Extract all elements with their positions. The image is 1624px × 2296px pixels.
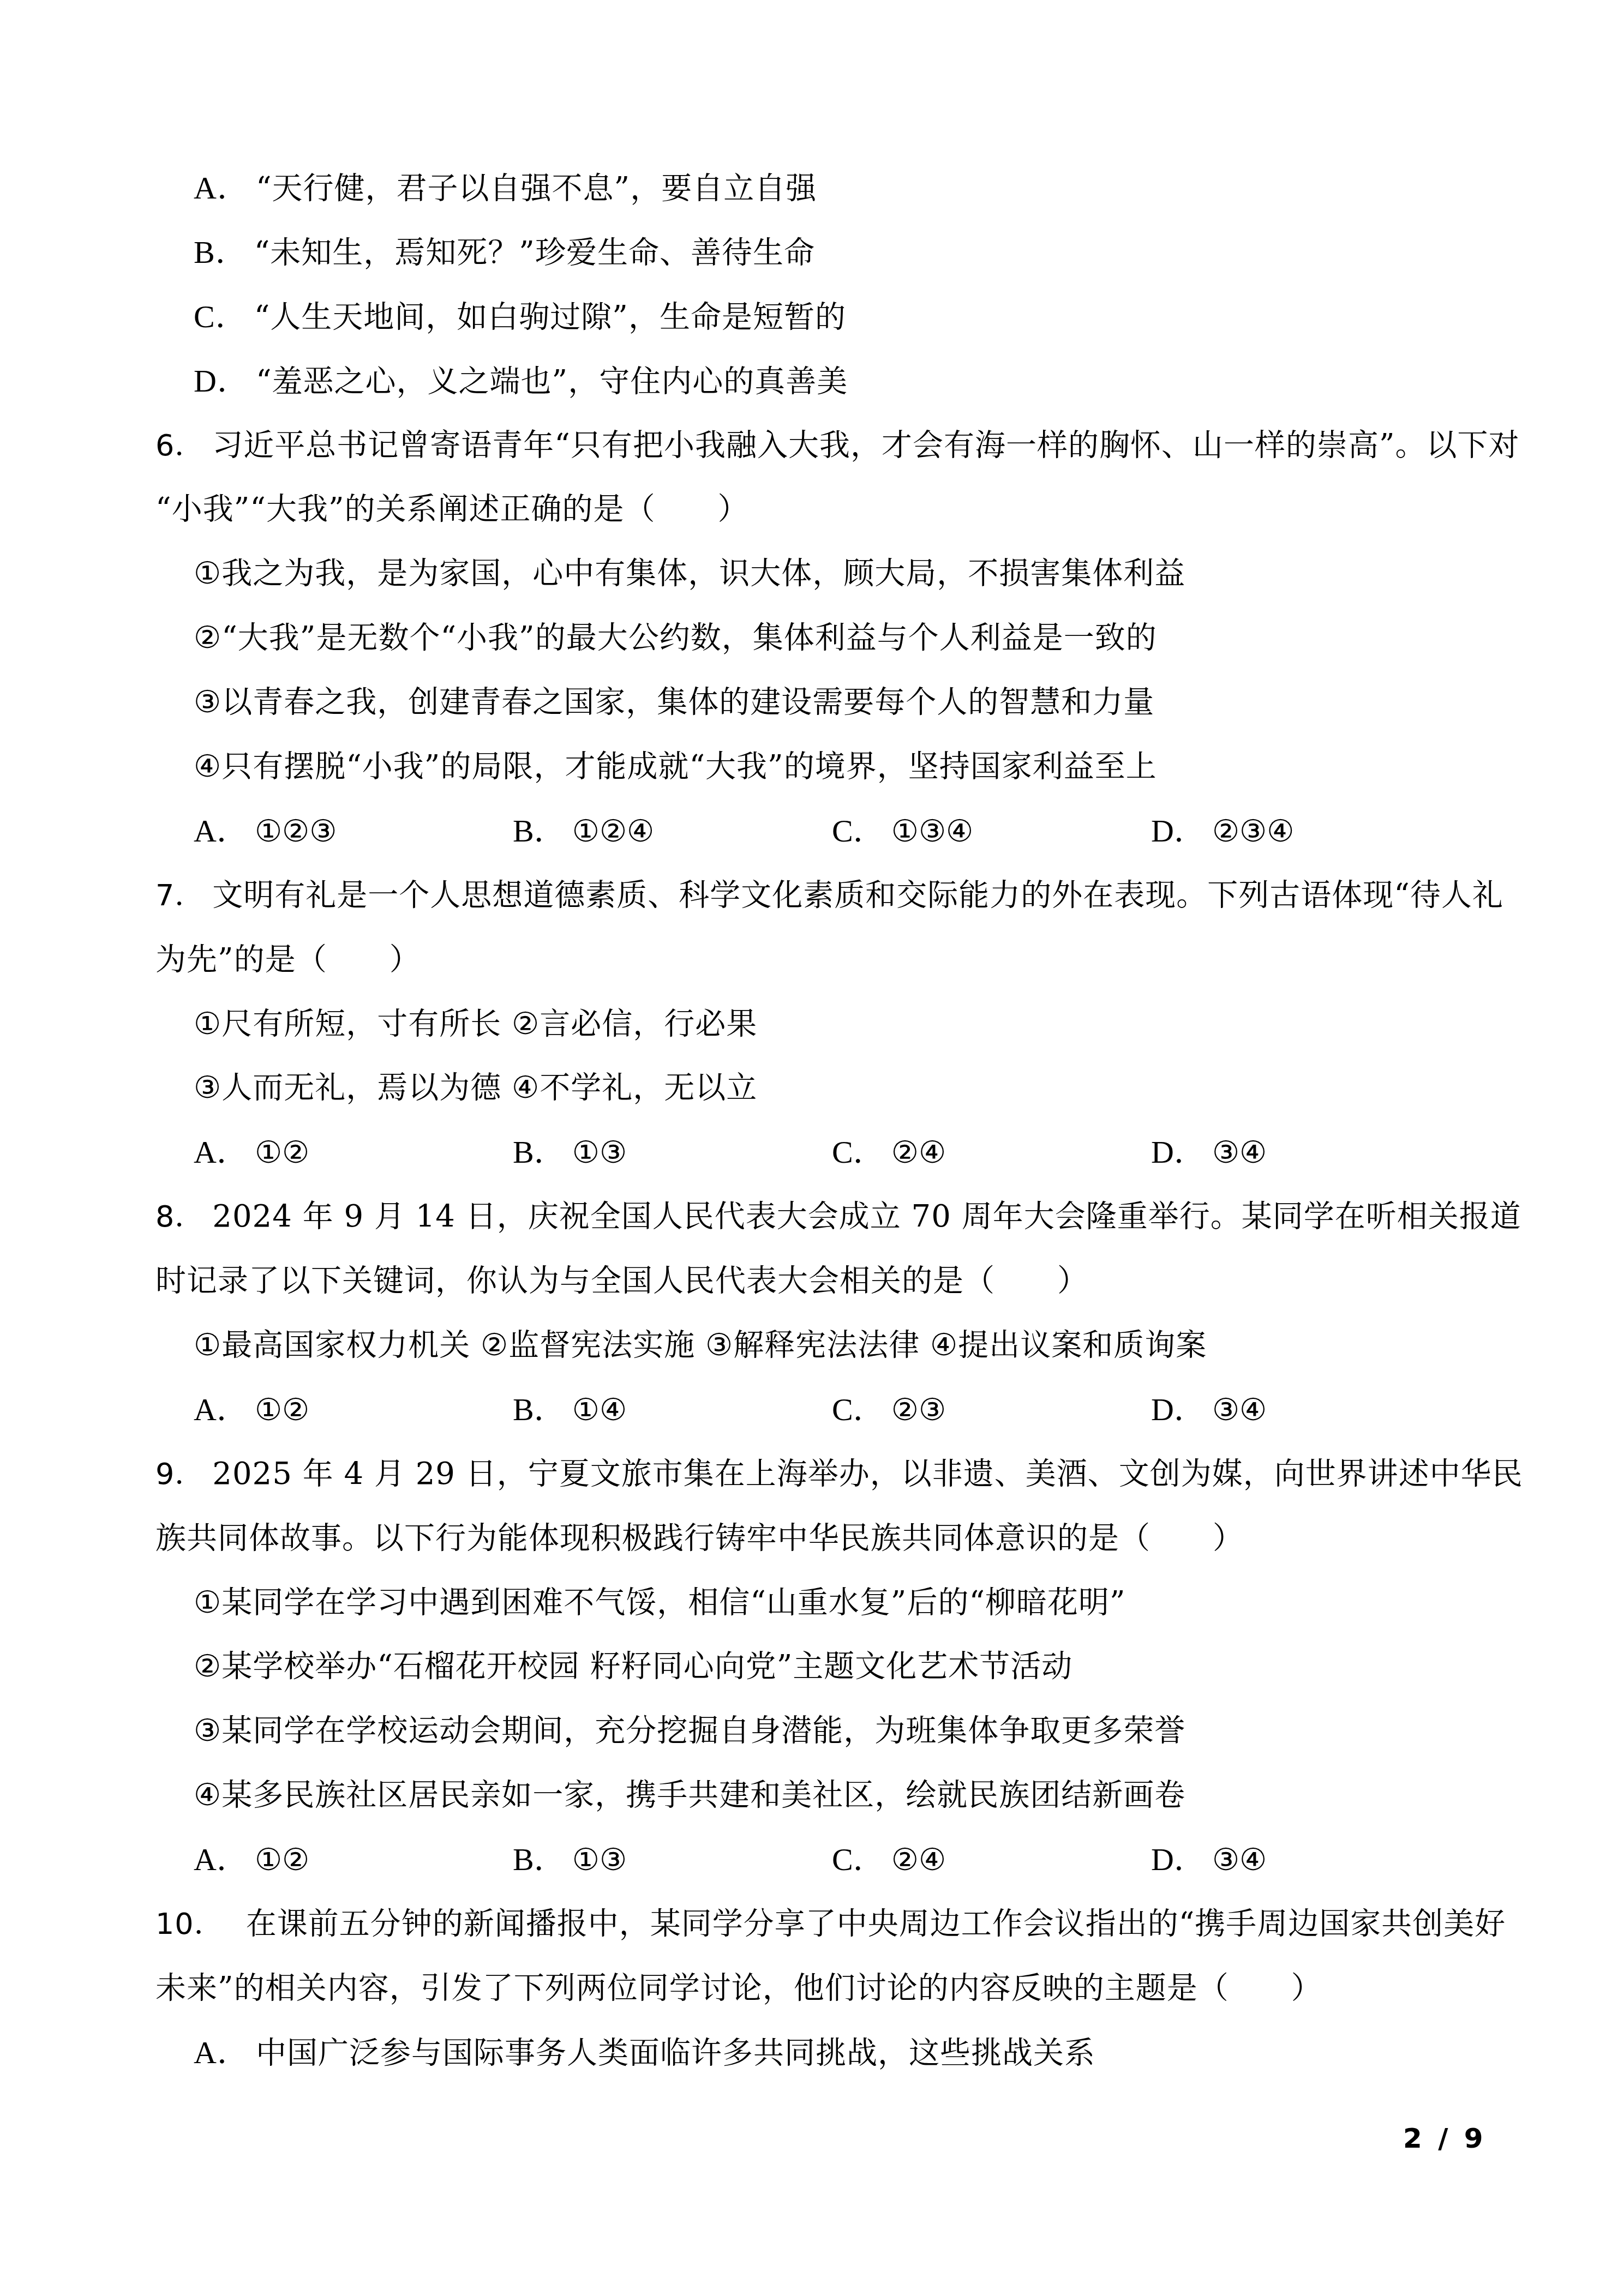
item-text: 言必信，行必果 (540, 1006, 757, 1042)
q9-stem-line-2: 族共同体故事。以下行为能体现积极践行铸牢中华民族共同体意识的是（ ） (155, 1506, 1476, 1571)
page-number: 2 / 9 (1403, 2123, 1487, 2154)
q5-option-a: A．“天行健，君子以自强不息”，要自立自强 (155, 156, 1476, 220)
q8-choices: A．①② B．①④ C．②③ D．③④ (155, 1378, 1476, 1442)
item-text: 不学礼，无以立 (540, 1070, 757, 1105)
question-stem: “小我”“大我”的关系阐述正确的是（ ） (155, 491, 749, 527)
choice-value: ①② (255, 1135, 309, 1170)
item-text: 提出议案和质询案 (958, 1327, 1207, 1363)
circled-number-1: ① (194, 1006, 221, 1042)
choice-value: ①② (255, 1842, 309, 1878)
q7-stem-line-1: 7．文明有礼是一个人思想道德素质、科学文化素质和交际能力的外在表现。下列古语体现… (155, 863, 1476, 928)
item-text: 某同学在学校运动会期间，充分挖掘自身潜能，为班集体争取更多荣誉 (221, 1713, 1185, 1748)
circled-number-2: ② (194, 1649, 221, 1684)
question-stem: 时记录了以下关键词，你认为与全国人民代表大会相关的是（ ） (155, 1263, 1088, 1299)
question-number: 9． (155, 1457, 205, 1491)
choice-label: A． (194, 1842, 248, 1877)
item-text: 只有摆脱“小我”的局限，才能成就“大我”的境界，坚持国家利益至上 (221, 749, 1157, 784)
q7-stem-line-2: 为先”的是（ ） (155, 928, 1476, 992)
circled-number-1: ① (194, 1585, 221, 1620)
item-text: 监督宪法实施 (508, 1327, 705, 1363)
choice-label: D． (1151, 1842, 1206, 1877)
choice-value: ②③ (891, 1392, 946, 1428)
choice-label: B． (513, 1842, 566, 1877)
option-label: D． (194, 363, 249, 399)
q6-stem-line-2: “小我”“大我”的关系阐述正确的是（ ） (155, 477, 1476, 542)
q7-choice-a: A．①② (194, 1120, 513, 1185)
option-text: “羞恶之心，义之端也”，守住内心的真善美 (256, 364, 848, 399)
choice-value: ①② (255, 1392, 309, 1428)
document-page: A．“天行健，君子以自强不息”，要自立自强 B．“未知生，焉知死？”珍爱生命、善… (0, 0, 1624, 2296)
q7-choice-b: B．①③ (513, 1120, 832, 1185)
q9-item-3: ③某同学在学校运动会期间，充分挖掘自身潜能，为班集体争取更多荣誉 (155, 1699, 1476, 1763)
q8-stem-line-2: 时记录了以下关键词，你认为与全国人民代表大会相关的是（ ） (155, 1249, 1476, 1313)
q6-choice-d: D．②③④ (1151, 799, 1470, 863)
q8-items-line: ①最高国家权力机关 ②监督宪法实施 ③解释宪法法律 ④提出议案和质询案 (155, 1313, 1476, 1378)
q9-item-4: ④某多民族社区居民亲如一家，携手共建和美社区，绘就民族团结新画卷 (155, 1763, 1476, 1828)
q5-option-d: D．“羞恶之心，义之端也”，守住内心的真善美 (155, 349, 1476, 413)
choice-label: C． (832, 1842, 885, 1877)
q6-choice-b: B．①②④ (513, 799, 832, 863)
question-stem: 未来”的相关内容，引发了下列两位同学讨论，他们讨论的内容反映的主题是（ ） (155, 1970, 1322, 2006)
choice-label: D． (1151, 1392, 1206, 1427)
item-text: 解释宪法法律 (733, 1327, 930, 1363)
question-stem: 习近平总书记曾寄语青年“只有把小我融入大我，才会有海一样的胸怀、山一样的崇高”。… (212, 428, 1519, 463)
item-text: 某学校举办“石榴花开校园 籽籽同心向党”主题文化艺术节活动 (221, 1649, 1072, 1684)
circled-number-2: ② (194, 620, 221, 656)
choice-label: C． (832, 1392, 885, 1427)
circled-number-3: ③ (194, 1713, 221, 1748)
q5-option-c: C．“人生天地间，如白驹过隙”，生命是短暂的 (155, 285, 1476, 349)
q6-item-1: ①我之为我，是为家国，心中有集体，识大体，顾大局，不损害集体利益 (155, 542, 1476, 606)
circled-number-1: ① (194, 556, 221, 591)
choice-value: ①④ (572, 1392, 627, 1428)
q9-item-1: ①某同学在学习中遇到困难不气馁，相信“山重水复”后的“柳暗花明” (155, 1571, 1476, 1635)
q9-choice-a: A．①② (194, 1828, 513, 1892)
q8-choice-d: D．③④ (1151, 1378, 1470, 1442)
circled-number-4: ④ (194, 749, 221, 784)
choice-label: B． (513, 813, 566, 849)
page-content: A．“天行健，君子以自强不息”，要自立自强 B．“未知生，焉知死？”珍爱生命、善… (155, 156, 1476, 2085)
choice-value: ②④ (891, 1135, 946, 1170)
choice-label: A． (194, 1392, 248, 1427)
q5-option-b: B．“未知生，焉知死？”珍爱生命、善待生命 (155, 220, 1476, 285)
item-text: 尺有所短，寸有所长 (221, 1006, 512, 1042)
q8-choice-b: B．①④ (513, 1378, 832, 1442)
option-label: A． (194, 170, 249, 206)
item-text: 某多民族社区居民亲如一家，携手共建和美社区，绘就民族团结新画卷 (221, 1777, 1185, 1813)
circled-number-4: ④ (194, 1777, 221, 1813)
item-text: 某同学在学习中遇到困难不气馁，相信“山重水复”后的“柳暗花明” (221, 1585, 1126, 1620)
choice-label: A． (194, 1134, 248, 1170)
q6-choice-a: A．①②③ (194, 799, 513, 863)
choice-value: ①③④ (891, 814, 974, 849)
circled-number-3: ③ (194, 1070, 221, 1105)
choice-value: ③④ (1212, 1842, 1267, 1878)
q7-choice-d: D．③④ (1151, 1120, 1470, 1185)
choice-label: B． (513, 1134, 566, 1170)
q6-item-2: ②“大我”是无数个“小我”的最大公约数，集体利益与个人利益是一致的 (155, 606, 1476, 670)
question-stem: 在课前五分钟的新闻播报中，某同学分享了中央周边工作会议指出的“携手周边国家共创美… (246, 1906, 1506, 1942)
circled-number-1: ① (194, 1327, 221, 1363)
choice-label: D． (1151, 813, 1206, 849)
q10-option-a: A．中国广泛参与国际事务人类面临许多共同挑战，这些挑战关系 (155, 2021, 1476, 2085)
choice-value: ①③ (572, 1842, 627, 1878)
q7-items-line-1: ①尺有所短，寸有所长 ②言必信，行必果 (155, 992, 1476, 1056)
q9-choice-b: B．①③ (513, 1828, 832, 1892)
option-text: 中国广泛参与国际事务人类面临许多共同挑战，这些挑战关系 (256, 2035, 1095, 2071)
circled-number-2: ② (512, 1006, 540, 1042)
q9-stem-line-1: 9．2025 年 4 月 29 日，宁夏文旅市集在上海举办，以非遗、美酒、文创为… (155, 1442, 1476, 1506)
question-number: 8． (155, 1199, 205, 1234)
choice-value: ②③④ (1212, 814, 1295, 849)
q6-item-3: ③以青春之我，创建青春之国家，集体的建设需要每个人的智慧和力量 (155, 670, 1476, 735)
item-text: 以青春之我，创建青春之国家，集体的建设需要每个人的智慧和力量 (221, 684, 1154, 720)
option-label: C． (194, 299, 248, 334)
option-text: “人生天地间，如白驹过隙”，生命是短暂的 (254, 299, 846, 335)
question-stem: 族共同体故事。以下行为能体现积极践行铸牢中华民族共同体意识的是（ ） (155, 1520, 1244, 1556)
option-label: B． (194, 235, 248, 270)
q6-item-4: ④只有摆脱“小我”的局限，才能成就“大我”的境界，坚持国家利益至上 (155, 735, 1476, 799)
q8-stem-line-1: 8．2024 年 9 月 14 日，庆祝全国人民代表大会成立 70 周年大会隆重… (155, 1185, 1476, 1249)
choice-value: ②④ (891, 1842, 946, 1878)
q10-stem-line-2: 未来”的相关内容，引发了下列两位同学讨论，他们讨论的内容反映的主题是（ ） (155, 1956, 1476, 2021)
question-number: 10． (155, 1907, 224, 1941)
question-stem: 2024 年 9 月 14 日，庆祝全国人民代表大会成立 70 周年大会隆重举行… (212, 1199, 1521, 1234)
circled-number-4: ④ (930, 1327, 958, 1363)
option-label: A． (194, 2035, 249, 2070)
item-text: 人而无礼，焉以为德 (221, 1070, 512, 1105)
choice-value: ③④ (1212, 1392, 1267, 1428)
q9-choice-c: C．②④ (832, 1828, 1151, 1892)
choice-label: C． (832, 813, 885, 849)
q9-choices: A．①② B．①③ C．②④ D．③④ (155, 1828, 1476, 1892)
question-stem: 为先”的是（ ） (155, 942, 421, 977)
question-stem: 文明有礼是一个人思想道德素质、科学文化素质和交际能力的外在表现。下列古语体现“待… (212, 877, 1503, 913)
option-text: “天行健，君子以自强不息”，要自立自强 (256, 171, 817, 206)
q8-choice-c: C．②③ (832, 1378, 1151, 1442)
q6-choice-c: C．①③④ (832, 799, 1151, 863)
question-number: 6． (155, 428, 205, 462)
q7-choice-c: C．②④ (832, 1120, 1151, 1185)
choice-value: ①②③ (255, 814, 337, 849)
item-text: “大我”是无数个“小我”的最大公约数，集体利益与个人利益是一致的 (221, 620, 1157, 656)
q6-choices: A．①②③ B．①②④ C．①③④ D．②③④ (155, 799, 1476, 863)
choice-value: ①②④ (572, 814, 655, 849)
choice-label: B． (513, 1392, 566, 1427)
choice-label: C． (832, 1134, 885, 1170)
q6-stem-line-1: 6．习近平总书记曾寄语青年“只有把小我融入大我，才会有海一样的胸怀、山一样的崇高… (155, 413, 1476, 478)
q8-choice-a: A．①② (194, 1378, 513, 1442)
question-number: 7． (155, 878, 205, 912)
item-text: 我之为我，是为家国，心中有集体，识大体，顾大局，不损害集体利益 (221, 556, 1185, 591)
question-stem: 2025 年 4 月 29 日，宁夏文旅市集在上海举办，以非遗、美酒、文创为媒，… (212, 1456, 1523, 1492)
choice-label: A． (194, 813, 248, 849)
circled-number-3: ③ (194, 684, 221, 720)
choice-value: ①③ (572, 1135, 627, 1170)
circled-number-2: ② (481, 1327, 508, 1363)
q7-items-line-2: ③人而无礼，焉以为德 ④不学礼，无以立 (155, 1056, 1476, 1120)
option-text: “未知生，焉知死？”珍爱生命、善待生命 (254, 235, 815, 271)
q9-choice-d: D．③④ (1151, 1828, 1470, 1892)
choice-label: D． (1151, 1134, 1206, 1170)
circled-number-4: ④ (512, 1070, 540, 1105)
choice-value: ③④ (1212, 1135, 1267, 1170)
q9-item-2: ②某学校举办“石榴花开校园 籽籽同心向党”主题文化艺术节活动 (155, 1634, 1476, 1699)
item-text: 最高国家权力机关 (221, 1327, 481, 1363)
q10-stem-line-1: 10．在课前五分钟的新闻播报中，某同学分享了中央周边工作会议指出的“携手周边国家… (155, 1892, 1476, 1956)
circled-number-3: ③ (705, 1327, 733, 1363)
q7-choices: A．①② B．①③ C．②④ D．③④ (155, 1120, 1476, 1185)
